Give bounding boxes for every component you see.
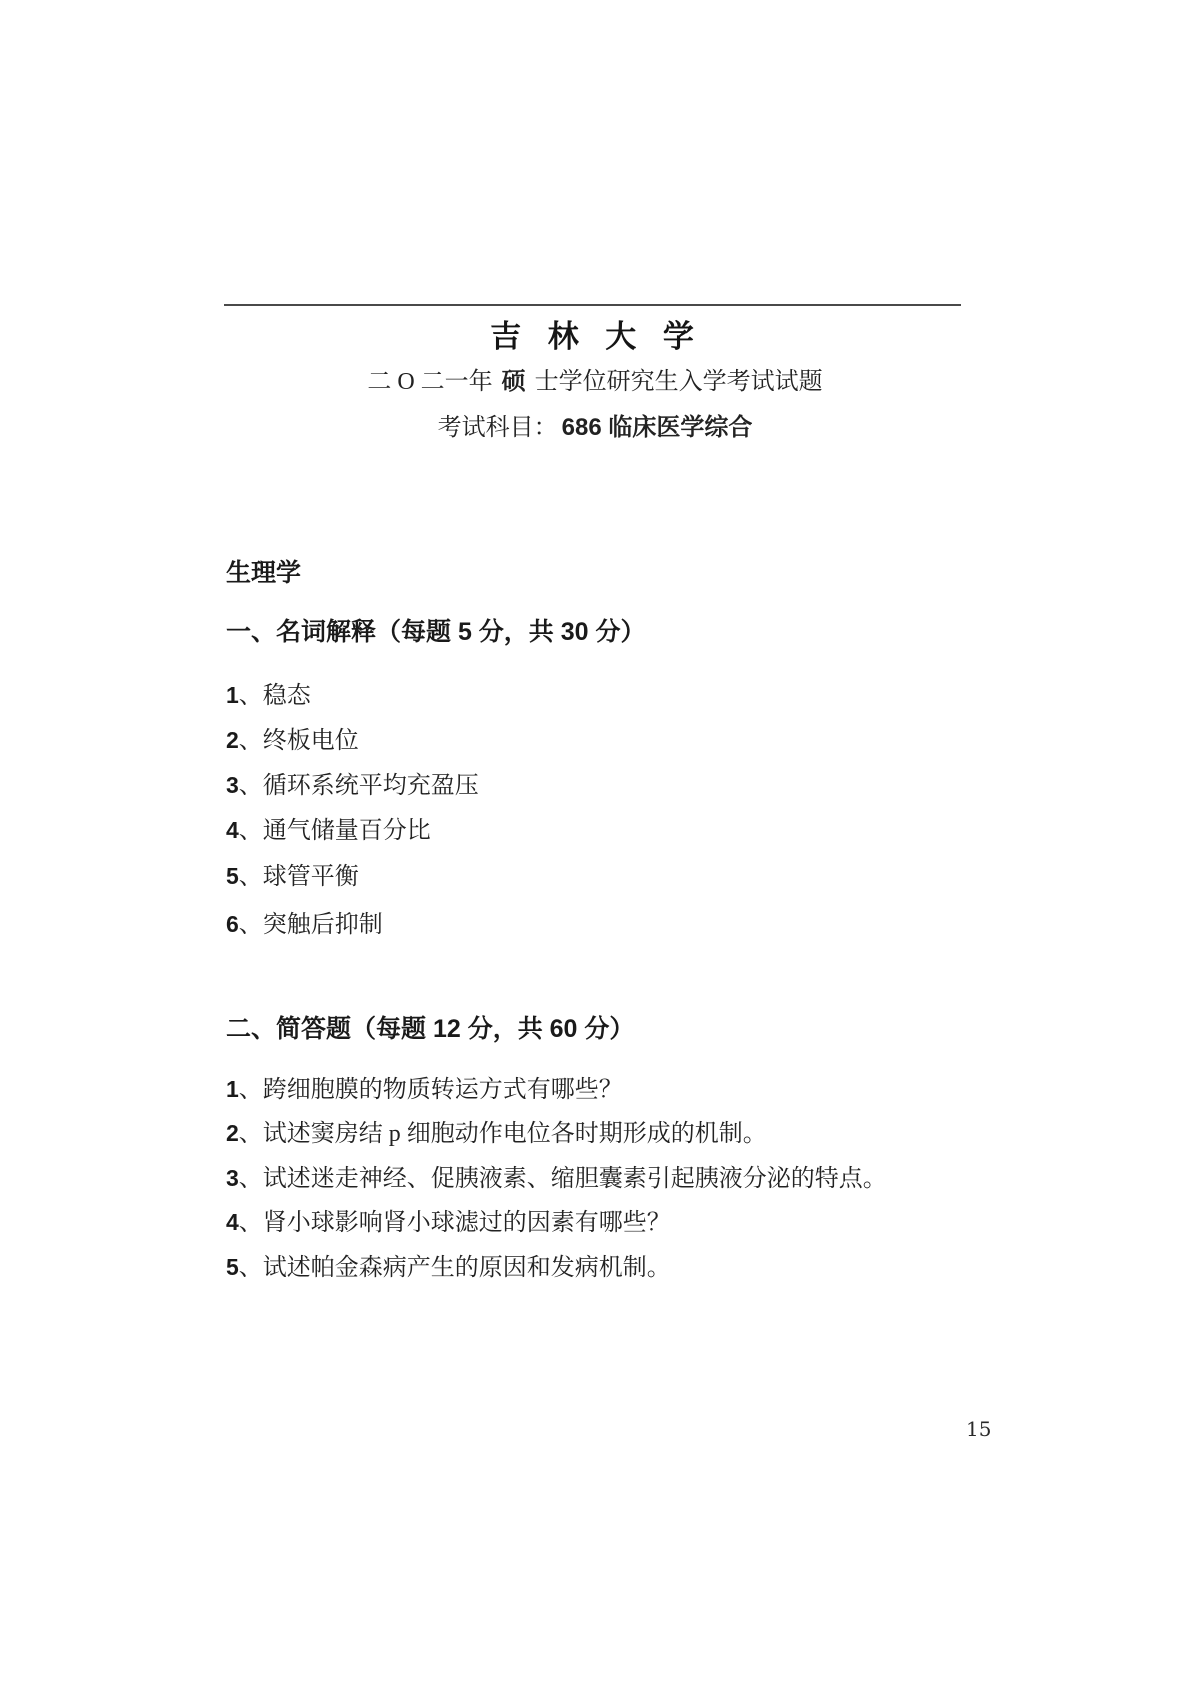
item-number: 2 [226, 1120, 239, 1146]
page-number: 15 [966, 1418, 991, 1440]
section-subject-title: 生理学 [226, 560, 301, 588]
item-text: 、跨细胞膜的物质转运方式有哪些？ [239, 1077, 623, 1103]
item-text: 、突触后抑制 [239, 912, 383, 938]
item-text: 、终板电位 [239, 728, 359, 754]
item-text: 、肾小球影响肾小球滤过的因素有哪些？ [239, 1210, 671, 1236]
header-divider [224, 304, 961, 306]
item-number: 3 [226, 1165, 239, 1191]
item-number: 2 [226, 727, 239, 753]
item-number: 3 [226, 772, 239, 798]
university-title: 吉 林 大 学 [0, 320, 1190, 354]
subject-label: 考试科目： [438, 415, 558, 441]
short-answer-item-5: 5、试述帕金森病产生的原因和发病机制。 [226, 1254, 671, 1283]
item-number: 5 [226, 1254, 239, 1280]
item-number: 5 [226, 863, 239, 889]
item-number: 1 [226, 682, 239, 708]
item-text: 、通气储量百分比 [239, 818, 431, 844]
short-answer-item-1: 1、跨细胞膜的物质转运方式有哪些？ [226, 1076, 623, 1105]
item-text: 、试述帕金森病产生的原因和发病机制。 [239, 1255, 671, 1281]
document-page: 吉 林 大 学 二 O 二一年硕士学位研究生入学考试试题 考试科目：686 临床… [0, 0, 1190, 1683]
term-item-4: 4、通气储量百分比 [226, 817, 431, 846]
item-number: 1 [226, 1076, 239, 1102]
term-item-3: 3、循环系统平均充盈压 [226, 772, 479, 801]
group-2-heading: 二、简答题（每题 12 分，共 60 分） [226, 1016, 634, 1044]
term-item-5: 5、球管平衡 [226, 863, 359, 892]
short-answer-item-4: 4、肾小球影响肾小球滤过的因素有哪些？ [226, 1209, 671, 1238]
term-item-1: 1、稳态 [226, 682, 311, 711]
year-line-bold-char: 硕 [502, 368, 526, 395]
term-item-2: 2、终板电位 [226, 727, 359, 756]
item-text: 、稳态 [239, 683, 311, 709]
exam-year-line: 二 O 二一年硕士学位研究生入学考试试题 [0, 369, 1190, 395]
short-answer-item-2: 2、试述窦房结 p 细胞动作电位各时期形成的机制。 [226, 1120, 767, 1149]
item-number: 6 [226, 911, 239, 937]
item-text: 、循环系统平均充盈压 [239, 773, 479, 799]
item-text: 、试述迷走神经、促胰液素、缩胆囊素引起胰液分泌的特点。 [239, 1166, 887, 1192]
term-item-6: 6、突触后抑制 [226, 911, 383, 940]
year-line-prefix: 二 O 二一年 [367, 369, 492, 395]
group-1-heading: 一、名词解释（每题 5 分，共 30 分） [226, 619, 646, 647]
item-text: 、球管平衡 [239, 864, 359, 890]
item-number: 4 [226, 1209, 239, 1235]
short-answer-item-3: 3、试述迷走神经、促胰液素、缩胆囊素引起胰液分泌的特点。 [226, 1165, 887, 1194]
item-text: 、试述窦房结 p 细胞动作电位各时期形成的机制。 [239, 1121, 767, 1147]
item-number: 4 [226, 817, 239, 843]
exam-subject-line: 考试科目：686 临床医学综合 [0, 415, 1190, 441]
year-line-suffix: 士学位研究生入学考试试题 [535, 369, 823, 395]
subject-value: 686 临床医学综合 [562, 414, 753, 441]
